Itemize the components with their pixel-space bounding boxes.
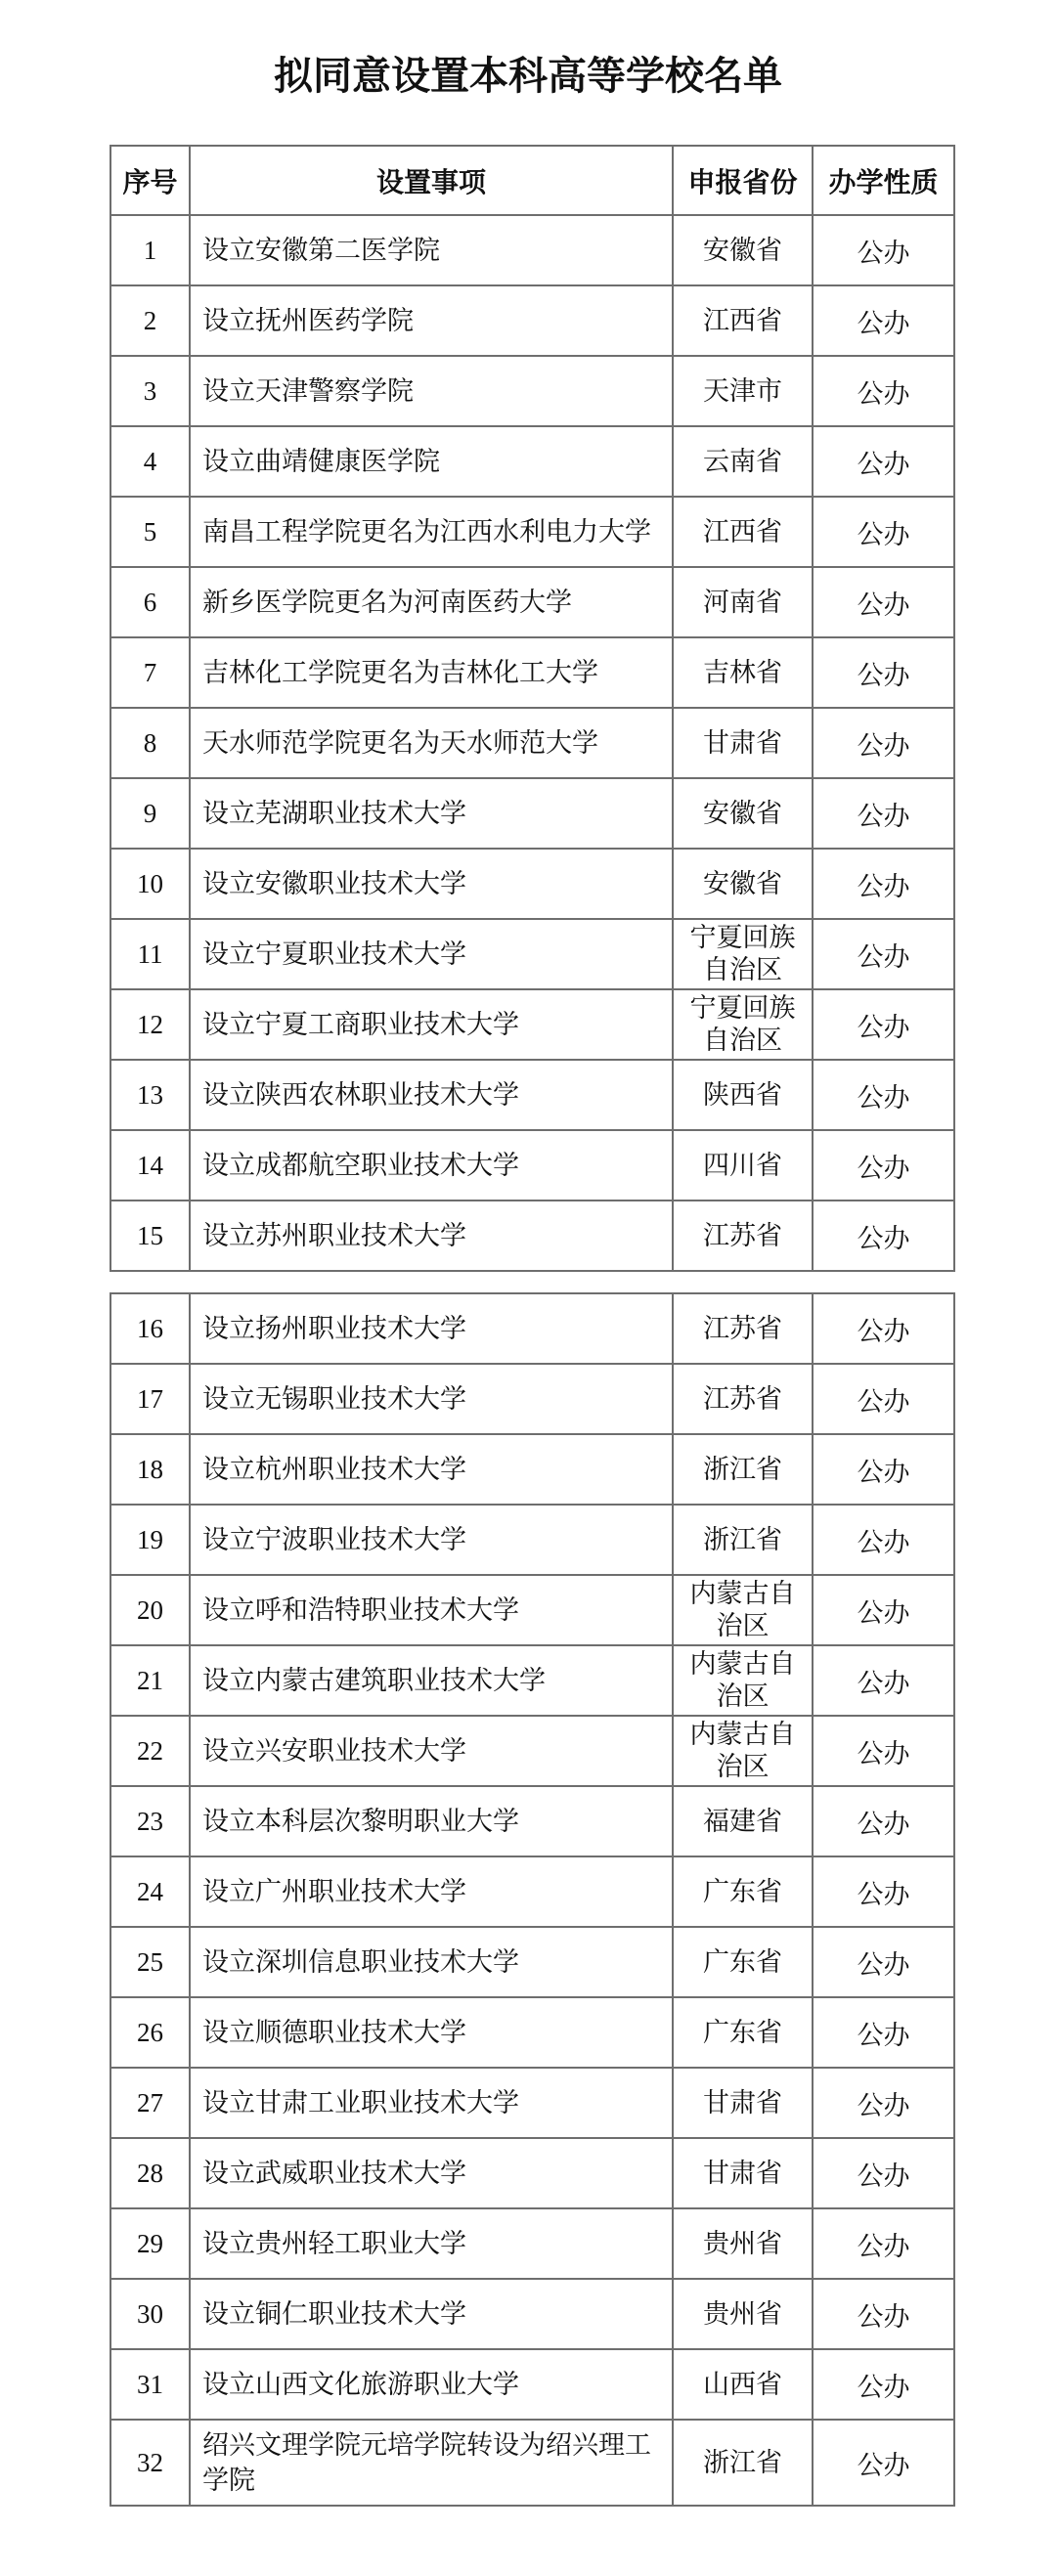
table-row: 6新乡医学院更名为河南医药大学河南省公办	[110, 567, 954, 637]
col-header-serial: 序号	[110, 146, 190, 215]
cell-type: 公办	[813, 2208, 954, 2279]
cell-serial: 20	[110, 1575, 190, 1645]
cell-item: 设立贵州轻工职业大学	[190, 2208, 673, 2279]
cell-type: 公办	[813, 356, 954, 426]
cell-type: 公办	[813, 1716, 954, 1786]
table-row: 32绍兴文理学院元培学院转设为绍兴理工学院浙江省公办	[110, 2420, 954, 2506]
table-row: 21设立内蒙古建筑职业技术大学内蒙古自治区公办	[110, 1645, 954, 1716]
cell-type: 公办	[813, 1645, 954, 1716]
cell-item: 设立苏州职业技术大学	[190, 1201, 673, 1271]
table-row: 7吉林化工学院更名为吉林化工大学吉林省公办	[110, 637, 954, 708]
cell-serial: 7	[110, 637, 190, 708]
table-row: 29设立贵州轻工职业大学贵州省公办	[110, 2208, 954, 2279]
table-row: 31设立山西文化旅游职业大学山西省公办	[110, 2349, 954, 2420]
cell-serial: 24	[110, 1856, 190, 1927]
cell-type: 公办	[813, 778, 954, 849]
cell-serial: 19	[110, 1505, 190, 1575]
cell-type: 公办	[813, 1201, 954, 1271]
cell-province: 陕西省	[673, 1060, 813, 1130]
table-row: 24设立广州职业技术大学广东省公办	[110, 1856, 954, 1927]
cell-province: 江苏省	[673, 1293, 813, 1364]
cell-type: 公办	[813, 1060, 954, 1130]
table-row: 10设立安徽职业技术大学安徽省公办	[110, 849, 954, 919]
cell-serial: 16	[110, 1293, 190, 1364]
cell-item: 设立无锡职业技术大学	[190, 1364, 673, 1434]
cell-item: 设立广州职业技术大学	[190, 1856, 673, 1927]
universities-table-part2: 16设立扬州职业技术大学江苏省公办17设立无锡职业技术大学江苏省公办18设立杭州…	[110, 1292, 955, 2507]
cell-serial: 31	[110, 2349, 190, 2420]
cell-type: 公办	[813, 215, 954, 285]
cell-serial: 27	[110, 2068, 190, 2138]
cell-serial: 29	[110, 2208, 190, 2279]
cell-type: 公办	[813, 2349, 954, 2420]
cell-type: 公办	[813, 285, 954, 356]
cell-type: 公办	[813, 1997, 954, 2068]
cell-serial: 32	[110, 2420, 190, 2506]
cell-province: 贵州省	[673, 2208, 813, 2279]
cell-province: 天津市	[673, 356, 813, 426]
cell-serial: 3	[110, 356, 190, 426]
cell-serial: 13	[110, 1060, 190, 1130]
cell-serial: 22	[110, 1716, 190, 1786]
cell-province: 江西省	[673, 285, 813, 356]
cell-serial: 10	[110, 849, 190, 919]
cell-province: 甘肃省	[673, 708, 813, 778]
cell-province: 山西省	[673, 2349, 813, 2420]
table-row: 3设立天津警察学院天津市公办	[110, 356, 954, 426]
cell-item: 设立陕西农林职业技术大学	[190, 1060, 673, 1130]
cell-type: 公办	[813, 1293, 954, 1364]
cell-type: 公办	[813, 1856, 954, 1927]
cell-item: 设立内蒙古建筑职业技术大学	[190, 1645, 673, 1716]
cell-item: 设立兴安职业技术大学	[190, 1716, 673, 1786]
cell-province: 内蒙古自治区	[673, 1645, 813, 1716]
cell-serial: 9	[110, 778, 190, 849]
table-row: 2设立抚州医药学院江西省公办	[110, 285, 954, 356]
table-row: 13设立陕西农林职业技术大学陕西省公办	[110, 1060, 954, 1130]
cell-province: 浙江省	[673, 2420, 813, 2506]
table-row: 9设立芜湖职业技术大学安徽省公办	[110, 778, 954, 849]
table-row: 28设立武威职业技术大学甘肃省公办	[110, 2138, 954, 2208]
cell-type: 公办	[813, 2068, 954, 2138]
cell-type: 公办	[813, 1434, 954, 1505]
table-row: 20设立呼和浩特职业技术大学内蒙古自治区公办	[110, 1575, 954, 1645]
cell-province: 吉林省	[673, 637, 813, 708]
cell-type: 公办	[813, 708, 954, 778]
cell-serial: 11	[110, 919, 190, 989]
cell-province: 宁夏回族自治区	[673, 919, 813, 989]
table-row: 30设立铜仁职业技术大学贵州省公办	[110, 2279, 954, 2349]
cell-province: 甘肃省	[673, 2138, 813, 2208]
table-row: 5南昌工程学院更名为江西水利电力大学江西省公办	[110, 497, 954, 567]
cell-serial: 17	[110, 1364, 190, 1434]
cell-serial: 26	[110, 1997, 190, 2068]
cell-type: 公办	[813, 426, 954, 497]
table-body-part1: 1设立安徽第二医学院安徽省公办2设立抚州医药学院江西省公办3设立天津警察学院天津…	[110, 215, 954, 1271]
table-row: 4设立曲靖健康医学院云南省公办	[110, 426, 954, 497]
cell-serial: 15	[110, 1201, 190, 1271]
cell-province: 广东省	[673, 1927, 813, 1997]
cell-serial: 1	[110, 215, 190, 285]
cell-province: 内蒙古自治区	[673, 1716, 813, 1786]
table-row: 11设立宁夏职业技术大学宁夏回族自治区公办	[110, 919, 954, 989]
cell-type: 公办	[813, 567, 954, 637]
cell-serial: 6	[110, 567, 190, 637]
cell-province: 内蒙古自治区	[673, 1575, 813, 1645]
cell-type: 公办	[813, 1786, 954, 1856]
cell-province: 广东省	[673, 1856, 813, 1927]
cell-item: 设立曲靖健康医学院	[190, 426, 673, 497]
cell-province: 浙江省	[673, 1505, 813, 1575]
cell-province: 福建省	[673, 1786, 813, 1856]
cell-province: 河南省	[673, 567, 813, 637]
cell-item: 吉林化工学院更名为吉林化工大学	[190, 637, 673, 708]
cell-province: 江苏省	[673, 1201, 813, 1271]
cell-type: 公办	[813, 1505, 954, 1575]
cell-serial: 2	[110, 285, 190, 356]
cell-item: 设立武威职业技术大学	[190, 2138, 673, 2208]
cell-item: 设立安徽职业技术大学	[190, 849, 673, 919]
cell-serial: 30	[110, 2279, 190, 2349]
cell-item: 设立宁夏工商职业技术大学	[190, 989, 673, 1060]
cell-serial: 23	[110, 1786, 190, 1856]
cell-province: 宁夏回族自治区	[673, 989, 813, 1060]
cell-item: 设立宁波职业技术大学	[190, 1505, 673, 1575]
cell-type: 公办	[813, 1364, 954, 1434]
cell-type: 公办	[813, 2279, 954, 2349]
cell-type: 公办	[813, 849, 954, 919]
page-title: 拟同意设置本科高等学校名单	[0, 0, 1056, 102]
cell-item: 南昌工程学院更名为江西水利电力大学	[190, 497, 673, 567]
cell-serial: 18	[110, 1434, 190, 1505]
col-header-type: 办学性质	[813, 146, 954, 215]
cell-item: 设立甘肃工业职业技术大学	[190, 2068, 673, 2138]
table-row: 12设立宁夏工商职业技术大学宁夏回族自治区公办	[110, 989, 954, 1060]
table-header-row: 序号 设置事项 申报省份 办学性质	[110, 146, 954, 215]
cell-type: 公办	[813, 2420, 954, 2506]
table-row: 26设立顺德职业技术大学广东省公办	[110, 1997, 954, 2068]
table-row: 27设立甘肃工业职业技术大学甘肃省公办	[110, 2068, 954, 2138]
cell-type: 公办	[813, 1575, 954, 1645]
cell-province: 安徽省	[673, 849, 813, 919]
cell-serial: 14	[110, 1130, 190, 1201]
table-row: 23设立本科层次黎明职业大学福建省公办	[110, 1786, 954, 1856]
cell-serial: 4	[110, 426, 190, 497]
cell-type: 公办	[813, 497, 954, 567]
cell-item: 设立芜湖职业技术大学	[190, 778, 673, 849]
cell-type: 公办	[813, 2138, 954, 2208]
cell-serial: 28	[110, 2138, 190, 2208]
cell-type: 公办	[813, 637, 954, 708]
cell-province: 江西省	[673, 497, 813, 567]
table-row: 25设立深圳信息职业技术大学广东省公办	[110, 1927, 954, 1997]
cell-province: 贵州省	[673, 2279, 813, 2349]
cell-item: 设立顺德职业技术大学	[190, 1997, 673, 2068]
cell-item: 设立宁夏职业技术大学	[190, 919, 673, 989]
cell-province: 浙江省	[673, 1434, 813, 1505]
cell-item: 设立杭州职业技术大学	[190, 1434, 673, 1505]
table-row: 15设立苏州职业技术大学江苏省公办	[110, 1201, 954, 1271]
cell-serial: 25	[110, 1927, 190, 1997]
cell-item: 设立本科层次黎明职业大学	[190, 1786, 673, 1856]
cell-item: 设立铜仁职业技术大学	[190, 2279, 673, 2349]
table-row: 1设立安徽第二医学院安徽省公办	[110, 215, 954, 285]
cell-province: 江苏省	[673, 1364, 813, 1434]
cell-type: 公办	[813, 919, 954, 989]
col-header-item: 设置事项	[190, 146, 673, 215]
table-body-part2: 16设立扬州职业技术大学江苏省公办17设立无锡职业技术大学江苏省公办18设立杭州…	[110, 1293, 954, 2506]
cell-type: 公办	[813, 1927, 954, 1997]
cell-item: 设立天津警察学院	[190, 356, 673, 426]
cell-item: 新乡医学院更名为河南医药大学	[190, 567, 673, 637]
cell-item: 设立安徽第二医学院	[190, 215, 673, 285]
table-row: 16设立扬州职业技术大学江苏省公办	[110, 1293, 954, 1364]
table-row: 14设立成都航空职业技术大学四川省公办	[110, 1130, 954, 1201]
cell-serial: 12	[110, 989, 190, 1060]
cell-item: 设立山西文化旅游职业大学	[190, 2349, 673, 2420]
cell-province: 甘肃省	[673, 2068, 813, 2138]
table-row: 18设立杭州职业技术大学浙江省公办	[110, 1434, 954, 1505]
col-header-province: 申报省份	[673, 146, 813, 215]
table-row: 17设立无锡职业技术大学江苏省公办	[110, 1364, 954, 1434]
table-header: 序号 设置事项 申报省份 办学性质	[110, 146, 954, 215]
table-row: 8天水师范学院更名为天水师范大学甘肃省公办	[110, 708, 954, 778]
cell-item: 绍兴文理学院元培学院转设为绍兴理工学院	[190, 2420, 673, 2506]
universities-table-part1: 序号 设置事项 申报省份 办学性质 1设立安徽第二医学院安徽省公办2设立抚州医药…	[110, 145, 955, 1272]
cell-province: 广东省	[673, 1997, 813, 2068]
cell-type: 公办	[813, 989, 954, 1060]
cell-item: 设立扬州职业技术大学	[190, 1293, 673, 1364]
cell-province: 云南省	[673, 426, 813, 497]
cell-item: 设立深圳信息职业技术大学	[190, 1927, 673, 1997]
document-page: 拟同意设置本科高等学校名单 序号 设置事项 申报省份 办学性质 1设立安徽第二医…	[0, 0, 1056, 2576]
table-row: 22设立兴安职业技术大学内蒙古自治区公办	[110, 1716, 954, 1786]
cell-type: 公办	[813, 1130, 954, 1201]
cell-item: 设立成都航空职业技术大学	[190, 1130, 673, 1201]
table-row: 19设立宁波职业技术大学浙江省公办	[110, 1505, 954, 1575]
cell-serial: 8	[110, 708, 190, 778]
cell-province: 安徽省	[673, 778, 813, 849]
cell-item: 天水师范学院更名为天水师范大学	[190, 708, 673, 778]
cell-province: 四川省	[673, 1130, 813, 1201]
cell-province: 安徽省	[673, 215, 813, 285]
cell-serial: 21	[110, 1645, 190, 1716]
cell-serial: 5	[110, 497, 190, 567]
cell-item: 设立呼和浩特职业技术大学	[190, 1575, 673, 1645]
cell-item: 设立抚州医药学院	[190, 285, 673, 356]
